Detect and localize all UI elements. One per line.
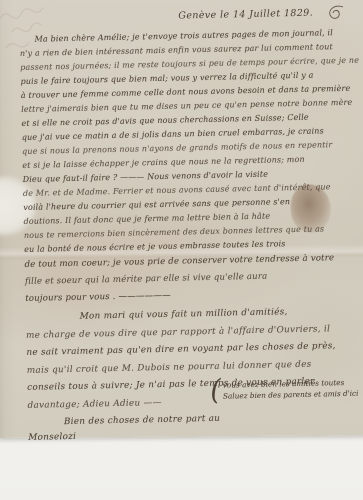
- side-note-brace: (: [210, 377, 221, 405]
- side-note: ( vous avez bien les amitiés toutes Salu…: [210, 375, 359, 404]
- side-note-line: Saluez bien des parents et amis d'ici: [223, 388, 359, 402]
- letter-scan: Genève le 14 Juillet 1829. Ma bien chère…: [0, 0, 363, 500]
- flourish-curl-icon: [327, 4, 345, 20]
- letter-body: Genève le 14 Juillet 1829. Ma bien chère…: [19, 4, 362, 446]
- dateline: Genève le 14 Juillet 1829.: [178, 8, 313, 22]
- paragraph-1: Ma bien chère Amélie; je t'envoye trois …: [19, 26, 359, 308]
